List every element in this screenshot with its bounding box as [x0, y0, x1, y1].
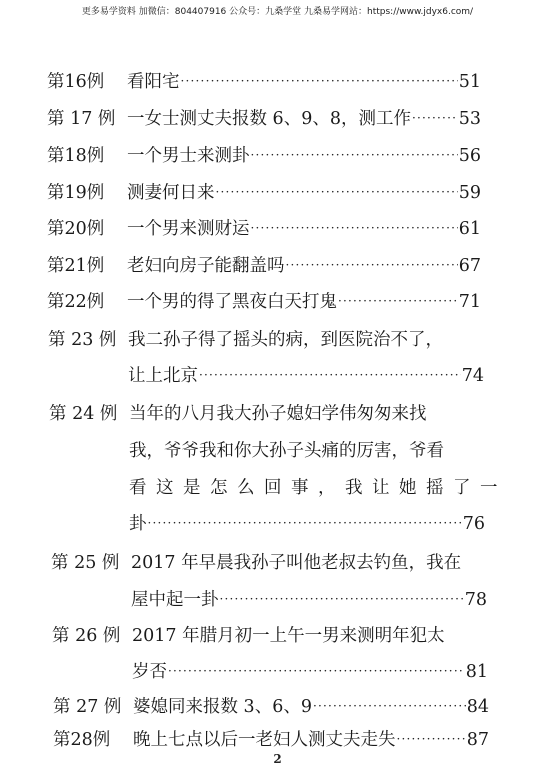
- entry-title-continuation: 我，爷爷我和你大孙子头痛的厉害，爷看: [129, 439, 444, 463]
- entry-title: 一个男的得了黑夜白天打鬼: [127, 290, 337, 314]
- entry-page: 76: [463, 512, 485, 536]
- entry-page: 56: [459, 144, 481, 168]
- entry-page: 84: [467, 695, 489, 719]
- toc-entry-27[interactable]: 第 27 例 婆媳同来报数 3、6、9 ····················…: [53, 695, 489, 719]
- leader-dots: ········································…: [397, 729, 466, 749]
- leader-dots: ········································…: [313, 696, 466, 716]
- entry-label: 第 23 例: [48, 328, 128, 352]
- entry-title: 一个男士来测卦: [127, 144, 250, 168]
- entry-title: 老妇向房子能翻盖吗: [127, 254, 285, 278]
- toc-entry-24-line-3: 看这是怎么回事，我让她摇了一: [129, 476, 485, 500]
- toc-entry-25[interactable]: 第 25 例 2017 年早晨我孙子叫他老叔去钓鱼，我在: [51, 551, 487, 575]
- leader-dots: ········································…: [251, 218, 458, 238]
- entry-label: 第 24 例: [49, 402, 129, 426]
- entry-page: 61: [459, 217, 481, 241]
- toc-entry-20[interactable]: 第20例 一个男来测财运 ···························…: [47, 217, 481, 241]
- entry-label: 第 17 例: [47, 107, 127, 131]
- toc-entry-21[interactable]: 第21例 老妇向房子能翻盖吗 ·························…: [47, 254, 481, 278]
- toc-entry-19[interactable]: 第19例 测妻何日来 ·····························…: [47, 181, 481, 205]
- entry-label: 第22例: [47, 290, 127, 314]
- toc-entry-24-line-4[interactable]: 卦 ······································…: [129, 512, 485, 536]
- entry-title: 测妻何日来: [127, 181, 215, 205]
- entry-page: 81: [466, 660, 488, 684]
- entry-label: 第16例: [47, 70, 127, 94]
- entry-page: 87: [467, 728, 489, 752]
- entry-title: 婆媳同来报数 3、6、9: [133, 695, 312, 719]
- entry-page: 78: [465, 588, 487, 612]
- entry-label: 第 27 例: [53, 695, 133, 719]
- toc-entry-18[interactable]: 第18例 一个男士来测卦 ···························…: [47, 144, 481, 168]
- entry-page: 67: [459, 254, 481, 278]
- leader-dots: ········································…: [412, 108, 458, 128]
- leader-dots: ········································…: [181, 71, 458, 91]
- entry-title: 当年的八月我大孙子媳妇学伟匆匆来找: [129, 402, 427, 426]
- entry-page: 59: [459, 181, 481, 205]
- toc-entry-25-continuation[interactable]: 屋中起一卦 ··································…: [131, 588, 487, 612]
- entry-title: 一个男来测财运: [127, 217, 250, 241]
- toc-entry-26-continuation[interactable]: 岁否 ·····································…: [132, 660, 488, 684]
- leader-dots: ········································…: [338, 291, 458, 311]
- entry-title: 看阳宅: [127, 70, 180, 94]
- entry-title-continuation: 卦: [129, 512, 147, 536]
- entry-label: 第19例: [47, 181, 127, 205]
- entry-label: 第21例: [47, 254, 127, 278]
- toc-entry-22[interactable]: 第22例 一个男的得了黑夜白天打鬼 ······················…: [47, 290, 481, 314]
- entry-page: 51: [459, 70, 481, 94]
- toc-entry-16[interactable]: 第16例 看阳宅 ·······························…: [47, 70, 481, 94]
- leader-dots: ········································…: [199, 365, 461, 385]
- entry-label: 第28例: [53, 728, 133, 752]
- toc-entry-28[interactable]: 第28例 晚上七点以后一老妇人测丈夫走失 ···················…: [53, 728, 489, 752]
- entry-label: 第18例: [47, 144, 127, 168]
- leader-dots: ········································…: [286, 255, 458, 275]
- entry-title: 晚上七点以后一老妇人测丈夫走失: [133, 728, 396, 752]
- watermark-header: 更多易学资料 加微信：804407916 公众号：九桑学堂 九桑易学网站：htt…: [0, 4, 555, 17]
- entry-label: 第20例: [47, 217, 127, 241]
- entry-title-continuation: 屋中起一卦: [131, 588, 219, 612]
- entry-title: 一女士测丈夫报数 6、9、8，测工作: [127, 107, 411, 131]
- leader-dots: ········································…: [148, 513, 462, 533]
- entry-label: 第 26 例: [52, 624, 132, 648]
- toc-entry-26[interactable]: 第 26 例 2017 年腊月初一上午一男来测明年犯太: [52, 624, 488, 648]
- entry-title-continuation: 看这是怎么回事，我让她摇了一: [129, 476, 507, 500]
- toc-entry-24-line-2: 我，爷爷我和你大孙子头痛的厉害，爷看: [129, 439, 485, 463]
- leader-dots: ········································…: [168, 661, 465, 681]
- leader-dots: ········································…: [216, 182, 458, 202]
- toc-entry-23-continuation[interactable]: 让上北京 ···································…: [128, 364, 484, 388]
- entry-page: 53: [459, 107, 481, 131]
- entry-title-continuation: 岁否: [132, 660, 167, 684]
- toc-entry-23[interactable]: 第 23 例 我二孙子得了摇头的病，到医院治不了，: [48, 328, 484, 352]
- entry-title: 2017 年腊月初一上午一男来测明年犯太: [132, 624, 445, 648]
- entry-page: 71: [459, 290, 481, 314]
- entry-label: 第 25 例: [51, 551, 131, 575]
- page-number: 2: [0, 752, 555, 766]
- toc-entry-24[interactable]: 第 24 例 当年的八月我大孙子媳妇学伟匆匆来找: [49, 402, 485, 426]
- entry-page: 74: [462, 364, 484, 388]
- entry-title: 2017 年早晨我孙子叫他老叔去钓鱼，我在: [131, 551, 461, 575]
- leader-dots: ········································…: [251, 145, 458, 165]
- entry-title-continuation: 让上北京: [128, 364, 198, 388]
- leader-dots: ········································…: [220, 589, 464, 609]
- toc-entry-17[interactable]: 第 17 例 一女士测丈夫报数 6、9、8，测工作 ··············…: [47, 107, 481, 131]
- entry-title: 我二孙子得了摇头的病，到医院治不了，: [128, 328, 443, 352]
